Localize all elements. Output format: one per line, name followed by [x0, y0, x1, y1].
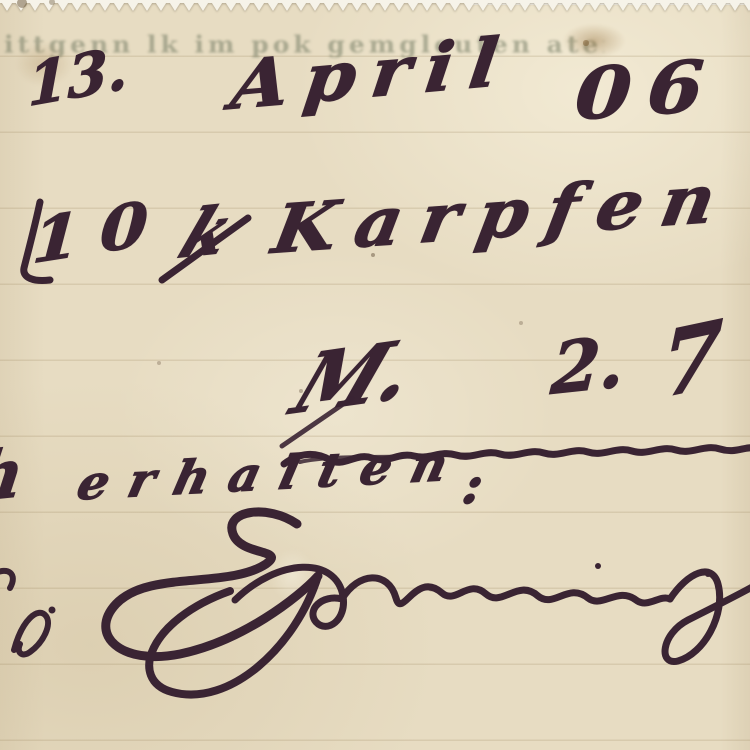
item-unit-slash: [162, 218, 248, 280]
pen-strokes: [0, 0, 750, 750]
signature-flourish: [106, 512, 750, 695]
deckle-edge: [0, 0, 750, 14]
currency-leadin: [282, 398, 352, 446]
signature-left-fragment: [14, 613, 48, 655]
item-prefix-stroke: [24, 202, 50, 281]
receipt-photo: { "colors": { "paper": "#e7dcc2", "ink":…: [0, 0, 750, 750]
signature-left-fragment: [0, 571, 13, 588]
